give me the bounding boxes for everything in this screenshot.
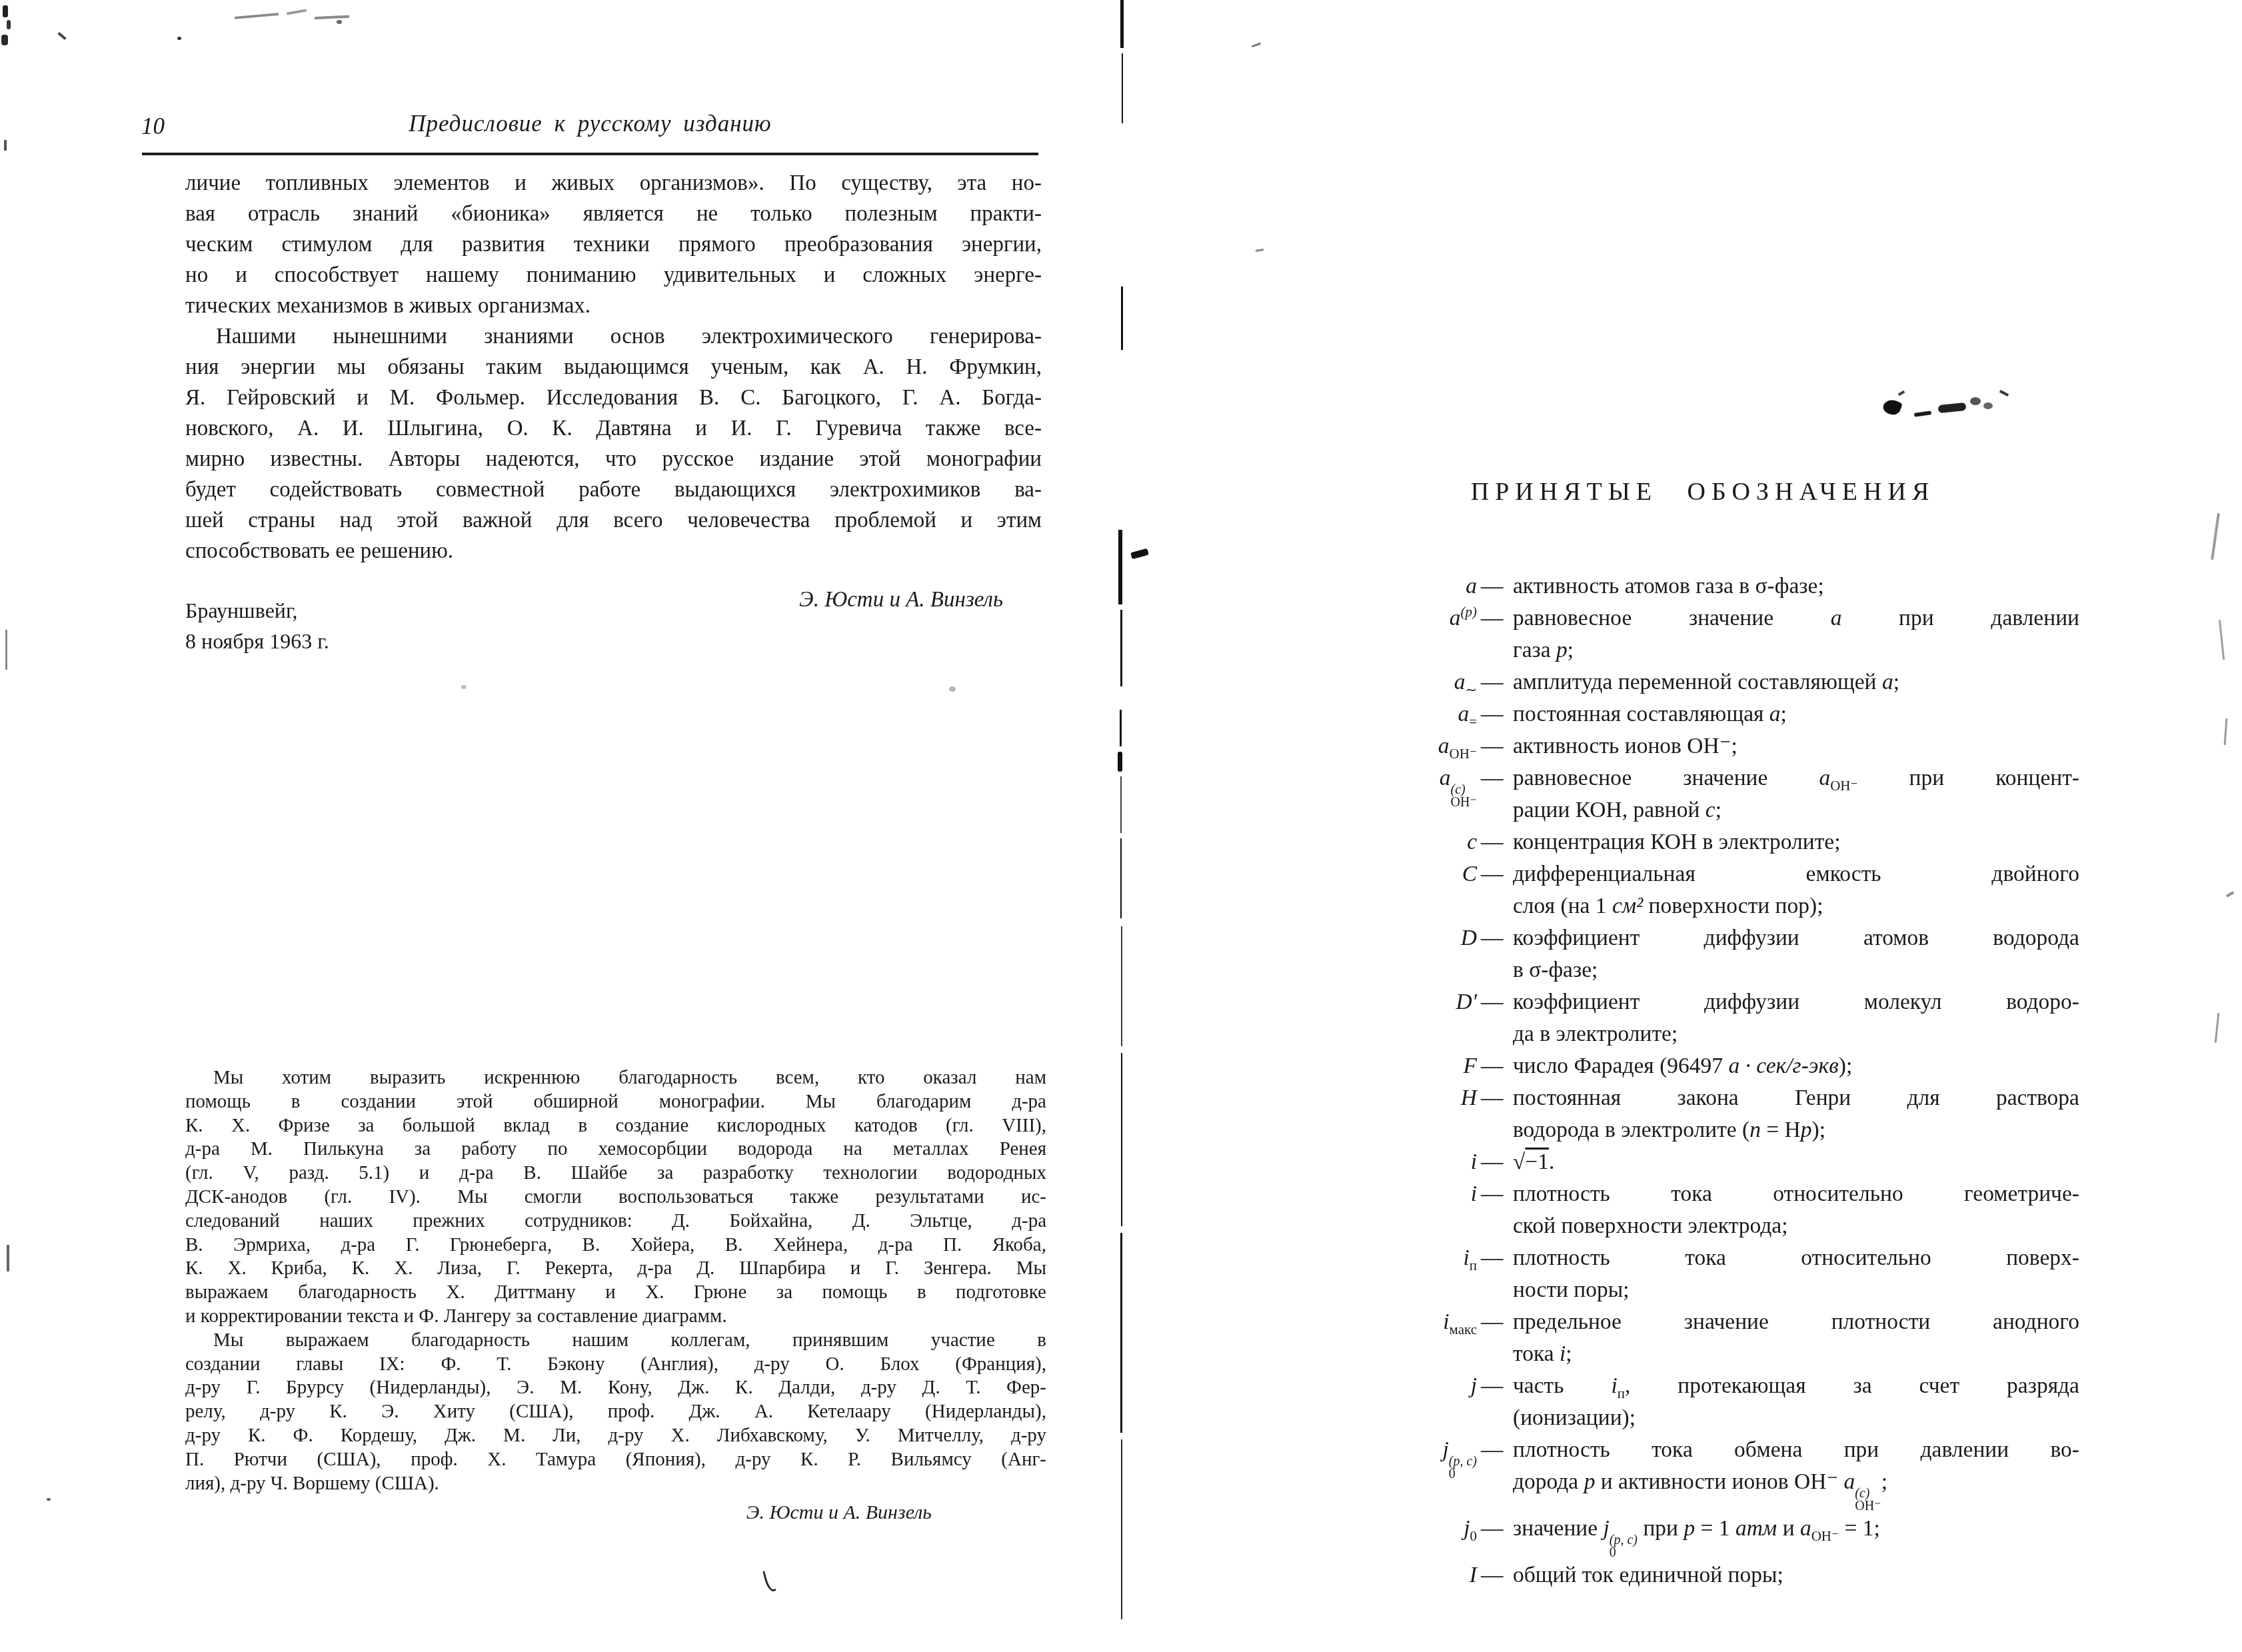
definition-line: общий ток единичной поры; <box>1513 1559 2079 1591</box>
separator-dash: — <box>1480 1370 1513 1434</box>
text-line: шей страны над этой важной для всего чел… <box>185 505 1042 536</box>
symbol: I <box>1320 1559 1480 1591</box>
symbol: a(c)ОН⁻ <box>1320 762 1480 826</box>
ink-smudge <box>1999 390 2009 397</box>
symbol-entry: c—концентрация КОН в электролите; <box>1320 826 2079 858</box>
header-rule <box>142 153 1038 155</box>
text-line: (гл. V, разд. 5.1) и д-ра В. Шайбе за ра… <box>185 1162 1046 1186</box>
scan-speck <box>4 140 7 151</box>
definition: концентрация КОН в электролите; <box>1513 826 2079 858</box>
text-line: помощь в создании этой обширной монограф… <box>185 1090 1046 1114</box>
acknowledgments: Мы хотим выразить искреннюю благодарност… <box>185 1066 1046 1525</box>
symbol-entry: a∼—амплитуда переменной составляющей a; <box>1320 666 2079 698</box>
definition: плотность тока относительно геометриче-с… <box>1513 1178 2079 1242</box>
symbol-entry: a(c)ОН⁻—равновесное значение aОН⁻ при ко… <box>1320 762 2079 826</box>
definition-line: постоянная составляющая a; <box>1513 698 2079 730</box>
gutter-fold-line <box>1118 530 1122 604</box>
book-scan-spread: 10 Предисловие к русскому изданию личие … <box>0 0 2242 1652</box>
definition-line: рации КОН, равной c; <box>1513 794 2079 826</box>
symbol-entry: iп—плотность тока относительно поверх-но… <box>1320 1242 2079 1306</box>
scan-speck <box>47 1498 51 1501</box>
text-line: следований наших прежних сотрудников: Д.… <box>185 1210 1046 1234</box>
preface-body: личие топливных элементов и живых органи… <box>185 168 1042 566</box>
page-title: ПРИНЯТЫЕ ОБОЗНАЧЕНИЯ <box>1450 477 1956 506</box>
text-line: создании главы IX: Ф. Т. Бэкону (Англия)… <box>185 1353 1046 1377</box>
symbol: a= <box>1320 698 1480 730</box>
definition: предельное значение плотности анодногото… <box>1513 1306 2079 1370</box>
scan-smudge <box>315 15 349 20</box>
symbol: a(p) <box>1320 602 1480 666</box>
scan-smudge <box>1252 43 1261 48</box>
signature-place: Брауншвейг, <box>185 598 297 623</box>
symbol: iмакс <box>1320 1306 1480 1370</box>
text-line: Мы выражаем благодарность нашим коллегам… <box>185 1329 1046 1353</box>
symbol-entry: j—часть iп, протекающая за счет разряда(… <box>1320 1370 2079 1434</box>
definition-line: √−1. <box>1513 1146 2079 1178</box>
symbol-entry: D′—коэффициент диффузии молекул водоро-д… <box>1320 986 2079 1050</box>
definition-line: концентрация КОН в электролите; <box>1513 826 2079 858</box>
closing-authors: Э. Юсти и А. Винзель <box>185 1501 1046 1525</box>
definition-line: плотность тока относительно поверх- <box>1513 1242 2079 1274</box>
symbol-entry: i—плотность тока относительно геометриче… <box>1320 1178 2079 1242</box>
gutter-fold-line <box>1121 1053 1122 1226</box>
definition-line: активность атомов газа в σ-фазе; <box>1513 570 2079 602</box>
text-line: ческим стимулом для развития техники пря… <box>185 229 1042 260</box>
symbol-entry: a(p)—равновесное значение a при давлении… <box>1320 602 2079 666</box>
separator-dash: — <box>1480 1559 1513 1591</box>
scan-smudge <box>235 13 279 19</box>
text-line: П. Рютчи (США), проф. Х. Тамура (Япония)… <box>185 1448 1046 1472</box>
definition-line: ской поверхности электрода; <box>1513 1210 2079 1242</box>
text-line: тических механизмов в живых организмах. <box>185 291 1042 321</box>
scan-speck <box>7 1245 9 1271</box>
definition-line: коэффициент диффузии молекул водоро- <box>1513 986 2079 1018</box>
separator-dash: — <box>1480 602 1513 666</box>
symbol-entry: C—дифференциальная емкость двойногослоя … <box>1320 858 2079 922</box>
definition-line: коэффициент диффузии атомов водорода <box>1513 922 2079 954</box>
symbol: a∼ <box>1320 666 1480 698</box>
text-line: но и способствует нашему пониманию удиви… <box>185 260 1042 291</box>
scan-speck <box>1 35 8 45</box>
margin-mark <box>2219 620 2225 660</box>
symbol-entry: j0—значение j(p, c)0 при p = 1 атм и aОН… <box>1320 1513 2079 1559</box>
definition: постоянная составляющая a; <box>1513 698 2079 730</box>
definition: плотность тока относительно поверх-ности… <box>1513 1242 2079 1306</box>
text-line: Мы хотим выразить искреннюю благодарност… <box>185 1066 1046 1090</box>
scan-speck <box>7 20 11 29</box>
text-line: мирно известны. Авторы надеются, что рус… <box>185 444 1042 474</box>
separator-dash: — <box>1480 666 1513 698</box>
definition: часть iп, протекающая за счет разряда(ио… <box>1513 1370 2079 1434</box>
scan-speck <box>5 630 7 670</box>
definition-line: водорода в электролите (n = Hp); <box>1513 1114 2079 1146</box>
text-line: К. Х. Криба, К. Х. Лиза, Г. Рекерта, д-р… <box>185 1257 1046 1281</box>
scan-smudge <box>287 9 307 15</box>
separator-dash: — <box>1480 730 1513 762</box>
symbol-entry: j(p, c)0—плотность тока обмена при давле… <box>1320 1434 2079 1513</box>
paragraph: Нашими нынешними знаниями основ электрох… <box>185 321 1042 566</box>
ink-smudge <box>1970 397 1981 405</box>
fold-smudge <box>1130 548 1149 559</box>
definition-line: газа p; <box>1513 634 2079 666</box>
symbol-entry: D—коэффициент диффузии атомов водородав … <box>1320 922 2079 986</box>
gutter-fold-line <box>1121 1439 1122 1619</box>
scan-smudge <box>1256 249 1264 252</box>
ink-smudge <box>1881 397 1903 417</box>
symbol-entry: H—постоянная закона Генри для раствораво… <box>1320 1082 2079 1146</box>
definition: коэффициент диффузии атомов водородав σ-… <box>1513 922 2079 986</box>
text-line: и корректировании текста и Ф. Лангеру за… <box>185 1305 1046 1329</box>
definition-line: равновесное значение a при давлении <box>1513 602 2079 634</box>
definition-line: равновесное значение aОН⁻ при концент- <box>1513 762 2079 794</box>
definition: плотность тока обмена при давлении во-до… <box>1513 1434 2079 1513</box>
definition: активность ионов ОН⁻; <box>1513 730 2079 762</box>
text-line: д-ру Г. Брурсу (Нидерланды), Э. М. Кону,… <box>185 1376 1046 1400</box>
definition-line: плотность тока обмена при давлении во- <box>1513 1434 2079 1466</box>
definition: амплитуда переменной составляющей a; <box>1513 666 2079 698</box>
symbol: c <box>1320 826 1480 858</box>
paragraph: Мы выражаем благодарность нашим коллегам… <box>185 1329 1046 1496</box>
definition: постоянная закона Генри для раствораводо… <box>1513 1082 2079 1146</box>
text-line: д-ру К. Ф. Кордешу, Дж. М. Ли, д-ру Х. Л… <box>185 1424 1046 1448</box>
text-line: новского, А. И. Шлыгина, О. К. Давтяна и… <box>185 413 1042 444</box>
gutter-fold-line <box>1121 926 1122 1046</box>
separator-dash: — <box>1480 826 1513 858</box>
symbol: a <box>1320 570 1480 602</box>
separator-dash: — <box>1480 986 1513 1050</box>
gutter-fold-line <box>1122 53 1123 123</box>
definition-line: тока i; <box>1513 1338 2079 1370</box>
separator-dash: — <box>1480 1146 1513 1178</box>
definition: активность атомов газа в σ-фазе; <box>1513 570 2079 602</box>
definition-line: часть iп, протекающая за счет разряда <box>1513 1370 2079 1402</box>
text-line: выражаем благодарность Х. Диттману и Х. … <box>185 1281 1046 1305</box>
gutter-fold-line <box>1120 710 1122 746</box>
symbol: j0 <box>1320 1513 1480 1559</box>
definition: дифференциальная емкость двойногослоя (н… <box>1513 858 2079 922</box>
definition: общий ток единичной поры; <box>1513 1559 2079 1591</box>
definition: равновесное значение aОН⁻ при концент-ра… <box>1513 762 2079 826</box>
gutter-fold-line <box>1120 0 1124 48</box>
text-line: Нашими нынешними знаниями основ электрох… <box>185 321 1042 352</box>
definition-line: дифференциальная емкость двойного <box>1513 858 2079 890</box>
definition-line: да в электролите; <box>1513 1018 2079 1050</box>
definition-line: слоя (на 1 см² поверхности пор); <box>1513 890 2079 922</box>
gutter-fold-line <box>1120 1233 1122 1433</box>
definition-line: постоянная закона Генри для раствора <box>1513 1082 2079 1114</box>
definition: значение j(p, c)0 при p = 1 атм и aОН⁻ =… <box>1513 1513 2079 1559</box>
text-line: Я. Гейровский и М. Фольмер. Исследования… <box>185 383 1042 413</box>
scan-smudge <box>461 685 467 689</box>
definition-line: предельное значение плотности анодного <box>1513 1306 2079 1338</box>
text-line: вая отрасль знаний «бионика» является не… <box>185 199 1042 229</box>
signature-authors: Э. Юсти и А. Винзель <box>799 588 1003 612</box>
symbol-entry: F—число Фарадея (96497 а · сек/г-экв); <box>1320 1050 2079 1082</box>
scan-speck <box>57 32 66 40</box>
separator-dash: — <box>1480 1306 1513 1370</box>
text-line: личие топливных элементов и живых органи… <box>185 168 1042 199</box>
signature-date: 8 ноября 1963 г. <box>185 629 329 654</box>
definition-line: активность ионов ОН⁻; <box>1513 730 2079 762</box>
separator-dash: — <box>1480 1242 1513 1306</box>
separator-dash: — <box>1480 1434 1513 1513</box>
definition-line: амплитуда переменной составляющей a; <box>1513 666 2079 698</box>
ink-smudge <box>1898 391 1905 396</box>
separator-dash: — <box>1480 922 1513 986</box>
symbol: D <box>1320 922 1480 986</box>
margin-mark <box>2226 891 2234 897</box>
gutter-fold-line <box>1121 287 1123 350</box>
paragraph: Мы хотим выразить искреннюю благодарност… <box>185 1066 1046 1329</box>
scan-speck <box>177 37 181 40</box>
symbol: i <box>1320 1146 1480 1178</box>
separator-dash: — <box>1480 858 1513 922</box>
symbol-entry: I—общий ток единичной поры; <box>1320 1559 2079 1591</box>
symbol: iп <box>1320 1242 1480 1306</box>
symbol-entry: aОН⁻—активность ионов ОН⁻; <box>1320 730 2079 762</box>
symbol: j <box>1320 1370 1480 1434</box>
paragraph: личие топливных элементов и живых органи… <box>185 168 1042 321</box>
symbol: C <box>1320 858 1480 922</box>
text-line: ния энергии мы обязаны таким выдающимся … <box>185 352 1042 383</box>
symbol: D′ <box>1320 986 1480 1050</box>
symbol: j(p, c)0 <box>1320 1434 1480 1513</box>
text-line: релу, д-ру К. Э. Хиту (США), проф. Дж. А… <box>185 1400 1046 1424</box>
scan-speck <box>3 5 8 17</box>
text-line: К. Х. Фризе за большой вклад в создание … <box>185 1114 1046 1138</box>
separator-dash: — <box>1480 1050 1513 1082</box>
symbol: H <box>1320 1082 1480 1146</box>
definition-line: число Фарадея (96497 а · сек/г-экв); <box>1513 1050 2079 1082</box>
scan-squiggle <box>762 1569 776 1593</box>
definition: коэффициент диффузии молекул водоро-да в… <box>1513 986 2079 1050</box>
scan-smudge <box>949 686 956 692</box>
separator-dash: — <box>1480 1513 1513 1559</box>
definition-line: ности поры; <box>1513 1274 2079 1306</box>
symbol-entry: a=—постоянная составляющая a; <box>1320 698 2079 730</box>
gutter-fold-line <box>1118 752 1122 772</box>
text-line: способствовать ее решению. <box>185 536 1042 566</box>
gutter-fold-line <box>1120 610 1122 686</box>
text-line: ДСК-анодов (гл. IV). Мы смогли воспользо… <box>185 1186 1046 1210</box>
symbol-entry: i—√−1. <box>1320 1146 2079 1178</box>
definition-line: в σ-фазе; <box>1513 954 2079 986</box>
gutter-fold-line <box>1120 838 1122 918</box>
gutter-fold-line <box>1120 776 1122 833</box>
text-line: д-ра М. Пилькуна за работу по хемосорбци… <box>185 1138 1046 1162</box>
margin-mark <box>2224 718 2228 745</box>
symbol-list: a—активность атомов газа в σ-фазе;a(p)—р… <box>1320 570 2079 1591</box>
definition: число Фарадея (96497 а · сек/г-экв); <box>1513 1050 2079 1082</box>
definition: равновесное значение a при давлениигаза … <box>1513 602 2079 666</box>
symbol-entry: iмакс—предельное значение плотности анод… <box>1320 1306 2079 1370</box>
separator-dash: — <box>1480 762 1513 826</box>
scan-smudge <box>337 20 342 24</box>
separator-dash: — <box>1480 570 1513 602</box>
separator-dash: — <box>1480 1082 1513 1146</box>
ink-smudge <box>1914 411 1932 417</box>
margin-mark <box>2211 513 2220 560</box>
definition-line: значение j(p, c)0 при p = 1 атм и aОН⁻ =… <box>1513 1513 2079 1559</box>
definition-line: плотность тока относительно геометриче- <box>1513 1178 2079 1210</box>
symbol: aОН⁻ <box>1320 730 1480 762</box>
symbol-entry: a—активность атомов газа в σ-фазе; <box>1320 570 2079 602</box>
definition-line: (ионизации); <box>1513 1402 2079 1434</box>
signature-block: Брауншвейг, 8 ноября 1963 г. Э. Юсти и А… <box>185 588 1042 668</box>
separator-dash: — <box>1480 1178 1513 1242</box>
ink-smudge <box>1937 403 1966 413</box>
symbol: i <box>1320 1178 1480 1242</box>
ink-smudge <box>1983 403 1993 409</box>
text-line: В. Эрмриха, д-ра Г. Грюнеберга, В. Хойер… <box>185 1234 1046 1257</box>
definition: √−1. <box>1513 1146 2079 1178</box>
margin-mark <box>2215 1013 2220 1043</box>
text-line: будет содействовать совместной работе вы… <box>185 474 1042 505</box>
definition-line: дорода p и активности ионов ОН⁻ a(c)ОН⁻; <box>1513 1466 2079 1513</box>
running-head: Предисловие к русскому изданию <box>142 111 1038 137</box>
text-line: лия), д-ру Ч. Воршему (США). <box>185 1472 1046 1496</box>
separator-dash: — <box>1480 698 1513 730</box>
symbol: F <box>1320 1050 1480 1082</box>
